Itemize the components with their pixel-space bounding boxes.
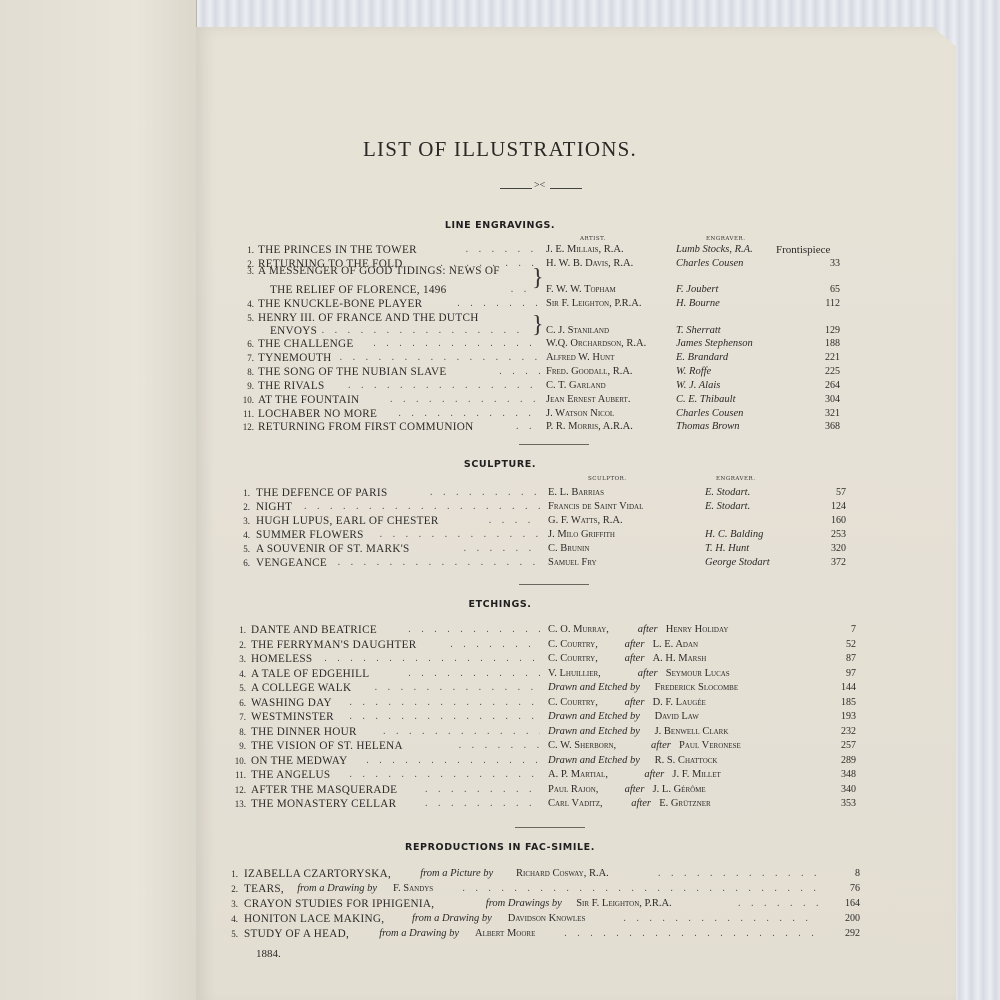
item-page: 7 (816, 623, 856, 637)
ornament-line-left (500, 188, 532, 189)
dot-leader: . . . . . . . . . . . . . . . . . . . . … (338, 556, 540, 570)
item-page: 8 (820, 867, 860, 881)
item-number: 3. (226, 652, 246, 666)
dot-leader: . . . . . . . . . . . . . . . . . . . . … (322, 324, 530, 338)
item-page: 225 (800, 365, 840, 379)
list-item: 12.AFTER THE MASQUERADE. . . . . . . . .… (0, 783, 1000, 797)
dot-leader: . . . . . . . . . . . . . . . . . . . . … (408, 667, 540, 681)
list-item: 5.A COLLEGE WALK. . . . . . . . . . . . … (0, 681, 1000, 695)
item-artist: J. L. Gérôme (653, 783, 706, 797)
item-etcher: C. Courtry, (548, 696, 598, 710)
item-artist: Fred. Goodall, R.A. (546, 365, 633, 379)
item-artist: R. S. Chattock (655, 754, 718, 768)
item-artist: Davidson Knowles (508, 912, 586, 926)
item-number: 1. (218, 867, 238, 881)
item-engraver: George Stodart (705, 556, 770, 570)
item-etcher: A. P. Martial, (548, 768, 608, 782)
dot-leader: . . . . . . . . . . . . . . . . . . . . … (366, 754, 540, 768)
dot-leader: . . . . . . . . . . . . . . . . . . . . … (349, 768, 540, 782)
item-page: Frontispiece (776, 243, 830, 257)
item-number: 1. (230, 486, 250, 500)
item-page: 353 (816, 797, 856, 811)
list-item: 1.IZABELLA CZARTORYSKA,from a Picture by… (0, 867, 1000, 881)
item-title: STUDY OF A HEAD, (244, 927, 349, 941)
item-number: 13. (226, 797, 246, 811)
item-number: 3. (218, 897, 238, 911)
item-artist: David Law (655, 710, 699, 724)
item-artist: D. F. Laugée (653, 696, 706, 710)
item-number: 4. (226, 667, 246, 681)
page-title: LIST OF ILLUSTRATIONS. (0, 137, 1000, 162)
item-title: TEARS, (244, 882, 284, 896)
item-title: THE MONASTERY CELLAR (251, 797, 396, 811)
list-item: 13.THE MONASTERY CELLAR. . . . . . . . .… (0, 797, 1000, 811)
item-sculptor: C. Brunin (548, 542, 589, 556)
item-artist: J. E. Millais, R.A. (546, 243, 624, 257)
item-artist: F. Sandys (393, 882, 433, 896)
item-number: 4. (218, 912, 238, 926)
dot-leader: . . . . . . . . . . . . . . . . . . . . … (425, 797, 540, 811)
item-credit-prefix: Drawn and Etched by (548, 681, 640, 695)
list-item: 3.A MESSENGER OF GOOD TIDINGS: NEWS OF} (0, 264, 1000, 278)
item-page: 144 (816, 681, 856, 695)
item-title: NIGHT (256, 500, 292, 514)
list-item: 1.THE DEFENCE OF PARIS. . . . . . . . . … (0, 486, 1000, 500)
item-etcher: C. Courtry, (548, 652, 598, 666)
item-after: after (638, 623, 658, 637)
ornament-cross-icon: >< (534, 180, 545, 191)
list-item: 5.STUDY OF A HEAD,from a Drawing byAlber… (0, 927, 1000, 941)
list-item: 4.HONITON LACE MAKING,from a Drawing byD… (0, 912, 1000, 926)
list-item: 2.TEARS,from a Drawing byF. Sandys. . . … (0, 882, 1000, 896)
item-number: 12. (226, 783, 246, 797)
item-title: ON THE MEDWAY (251, 754, 348, 768)
item-page: 232 (816, 725, 856, 739)
list-item: 9.THE VISION OF ST. HELENA. . . . . . . … (0, 739, 1000, 753)
item-title: HOMELESS (251, 652, 312, 666)
list-item: 5.A SOUVENIR OF ST. MARK'S. . . . . . . … (0, 542, 1000, 556)
item-etcher: C. O. Murray, (548, 623, 609, 637)
item-title: DANTE AND BEATRICE (251, 623, 377, 637)
item-artist: C. J. Staniland (546, 324, 609, 338)
item-etcher: C. W. Sherborn, (548, 739, 616, 753)
column-heading-sculptor: SCULPTOR. (588, 476, 627, 482)
list-item: 12.RETURNING FROM FIRST COMMUNION. . . .… (0, 420, 1000, 434)
item-title: THE DINNER HOUR (251, 725, 357, 739)
item-title: A SOUVENIR OF ST. MARK'S (256, 542, 410, 556)
list-item: 7.WESTMINSTER. . . . . . . . . . . . . .… (0, 710, 1000, 724)
item-artist: Paul Veronese (679, 739, 741, 753)
item-title: HENRY III. OF FRANCE AND THE DUTCH (258, 311, 479, 325)
item-engraver: James Stephenson (676, 337, 753, 351)
item-number: 6. (234, 337, 254, 351)
dot-leader: . . . . . . . . . . . . . . . . . . . . … (375, 681, 540, 695)
item-number: 3. (230, 514, 250, 528)
item-credit-prefix: Drawn and Etched by (548, 710, 640, 724)
ornament-line-right (550, 188, 582, 189)
item-number: 11. (226, 768, 246, 782)
item-via: from a Drawing by (297, 882, 377, 896)
list-item: 1.THE PRINCES IN THE TOWER. . . . . . . … (0, 243, 1000, 257)
dot-leader: . . . . . . . . . . . . . . . . . . . . … (516, 420, 540, 434)
item-title: A MESSENGER OF GOOD TIDINGS: NEWS OF (258, 264, 500, 278)
item-number: 8. (226, 725, 246, 739)
item-via: from a Drawing by (379, 927, 459, 941)
dot-leader: . . . . . . . . . . . . . . . . . . . . … (380, 528, 540, 542)
list-item: 5.HENRY III. OF FRANCE AND THE DUTCH} (0, 311, 1000, 325)
section-heading-line-engravings: LINE ENGRAVINGS. (0, 220, 1000, 231)
list-item: ENVOYS. . . . . . . . . . . . . . . . . … (0, 324, 1000, 338)
item-page: 97 (816, 667, 856, 681)
list-item: 6.VENGEANCE. . . . . . . . . . . . . . .… (0, 556, 1000, 570)
item-number: 10. (234, 393, 254, 407)
item-engraver: E. Brandard (676, 351, 728, 365)
list-item: 11.THE ANGELUS. . . . . . . . . . . . . … (0, 768, 1000, 782)
item-engraver: T. Sherratt (676, 324, 721, 338)
list-item: 10.AT THE FOUNTAIN. . . . . . . . . . . … (0, 393, 1000, 407)
item-page: 289 (816, 754, 856, 768)
item-number: 2. (218, 882, 238, 896)
item-number: 3. (234, 264, 254, 278)
item-page: 52 (816, 638, 856, 652)
item-page: 253 (806, 528, 846, 542)
item-engraver: Lumb Stocks, R.A. (676, 243, 753, 257)
item-page: 348 (816, 768, 856, 782)
dot-leader: . . . . . . . . . . . . . . . . . . . . … (398, 407, 540, 421)
publication-year: 1884. (256, 948, 281, 960)
item-artist: J. Watson Nicol (546, 407, 614, 421)
dot-leader: . . . . . . . . . . . . . . . . . . . . … (304, 500, 540, 514)
item-page: 372 (806, 556, 846, 570)
section-heading-facsimile: REPRODUCTIONS IN FAC-SIMILE. (0, 842, 1000, 853)
item-artist: P. R. Morris, A.R.A. (546, 420, 633, 434)
item-page: 320 (806, 542, 846, 556)
list-item: 11.LOCHABER NO MORE. . . . . . . . . . .… (0, 407, 1000, 421)
item-etcher: Carl Vaditz, (548, 797, 603, 811)
item-artist: Seymour Lucas (666, 667, 730, 681)
item-page: 188 (800, 337, 840, 351)
dot-leader: . . . . . . . . . . . . . . . . . . . . … (390, 393, 540, 407)
item-title: WASHING DAY (251, 696, 332, 710)
item-artist: Sir F. Leighton, P.R.A. (546, 297, 642, 311)
list-item: 2.NIGHT. . . . . . . . . . . . . . . . .… (0, 500, 1000, 514)
item-via: from a Drawing by (412, 912, 492, 926)
dot-leader: . . . . . . . . . . . . . . . . . . . . … (408, 623, 540, 637)
item-number: 4. (234, 297, 254, 311)
item-credit-prefix: Drawn and Etched by (548, 725, 640, 739)
item-after: after (644, 768, 664, 782)
item-title: THE KNUCKLE-BONE PLAYER (258, 297, 422, 311)
item-page: 304 (800, 393, 840, 407)
item-title: A COLLEGE WALK (251, 681, 351, 695)
column-heading-artist: ARTIST. (580, 236, 606, 242)
item-title: WESTMINSTER (251, 710, 334, 724)
item-sculptor: Francis de Saint Vidal (548, 500, 643, 514)
dot-leader: . . . . . . . . . . . . . . . . . . . . … (462, 882, 818, 896)
item-etcher: V. Lhuillier, (548, 667, 601, 681)
item-number: 4. (230, 528, 250, 542)
dot-leader: . . . . . . . . . . . . . . . . . . . . … (383, 725, 540, 739)
dot-leader: . . . . . . . . . . . . . . . . . . . . … (324, 652, 540, 666)
item-number: 7. (226, 710, 246, 724)
item-number: 9. (234, 379, 254, 393)
item-page: 57 (806, 486, 846, 500)
item-page: 129 (800, 324, 840, 338)
item-title: VENGEANCE (256, 556, 327, 570)
dot-leader: . . . . . . . . . . . . . . . . . . . . … (658, 867, 818, 881)
item-artist: Albert Moore (475, 927, 535, 941)
item-title: HUGH LUPUS, EARL OF CHESTER (256, 514, 439, 528)
list-item: 2.THE FERRYMAN'S DAUGHTER. . . . . . . .… (0, 638, 1000, 652)
item-engraver: H. Bourne (676, 297, 720, 311)
item-title: HONITON LACE MAKING, (244, 912, 384, 926)
item-title: SUMMER FLOWERS (256, 528, 364, 542)
item-engraver: E. Stodart. (705, 500, 750, 514)
dot-leader: . . . . . . . . . . . . . . . . . . . . … (499, 365, 540, 379)
item-title-continued: THE RELIEF OF FLORENCE, 1496 (270, 283, 447, 297)
item-sculptor: J. Milo Griffith (548, 528, 615, 542)
list-item: 8.THE SONG OF THE NUBIAN SLAVE. . . . . … (0, 365, 1000, 379)
item-page: 368 (800, 420, 840, 434)
list-item: 10.ON THE MEDWAY. . . . . . . . . . . . … (0, 754, 1000, 768)
list-item: 4.SUMMER FLOWERS. . . . . . . . . . . . … (0, 528, 1000, 542)
item-title: THE FERRYMAN'S DAUGHTER (251, 638, 417, 652)
dot-leader: . . . . . . . . . . . . . . . . . . . . … (349, 710, 540, 724)
item-number: 1. (234, 243, 254, 257)
item-number: 9. (226, 739, 246, 753)
list-item: 6.WASHING DAY. . . . . . . . . . . . . .… (0, 696, 1000, 710)
dot-leader: . . . . . . . . . . . . . . . . . . . . … (349, 696, 540, 710)
item-artist: Richard Cosway, R.A. (516, 867, 609, 881)
item-after: after (651, 739, 671, 753)
list-item: 3.CRAYON STUDIES FOR IPHIGENIA,from Draw… (0, 897, 1000, 911)
item-artist: Frederick Slocombe (655, 681, 739, 695)
list-item: THE RELIEF OF FLORENCE, 1496. . . . . . … (0, 283, 1000, 297)
item-engraver: Thomas Brown (676, 420, 740, 434)
item-after: after (625, 696, 645, 710)
list-item: 8.THE DINNER HOUR. . . . . . . . . . . .… (0, 725, 1000, 739)
item-artist: Sir F. Leighton, P.R.A. (576, 897, 672, 911)
dot-leader: . . . . . . . . . . . . . . . . . . . . … (466, 243, 540, 257)
item-title: THE SONG OF THE NUBIAN SLAVE (258, 365, 447, 379)
item-page: 112 (800, 297, 840, 311)
item-number: 11. (234, 407, 254, 421)
dot-leader: . . . . . . . . . . . . . . . . . . . . … (623, 912, 818, 926)
dot-leader: . . . . . . . . . . . . . . . . . . . . … (450, 638, 540, 652)
item-number: 1. (226, 623, 246, 637)
dot-leader: . . . . . . . . . . . . . . . . . . . . … (430, 486, 540, 500)
dot-leader: . . . . . . . . . . . . . . . . . . . . … (489, 514, 540, 528)
dot-leader: . . . . . . . . . . . . . . . . . . . . … (564, 927, 818, 941)
item-number: 6. (230, 556, 250, 570)
item-number: 2. (226, 638, 246, 652)
item-artist: Alfred W. Hunt (546, 351, 614, 365)
item-title: AT THE FOUNTAIN (258, 393, 359, 407)
item-number: 7. (234, 351, 254, 365)
column-heading-engraver: ENGRAVER. (706, 236, 745, 242)
item-artist: W.Q. Orchardson, R.A. (546, 337, 646, 351)
item-title: LOCHABER NO MORE (258, 407, 377, 421)
item-via: from a Picture by (420, 867, 493, 881)
item-page: 321 (800, 407, 840, 421)
section-heading-sculpture: SCULPTURE. (0, 459, 1000, 470)
item-page: 200 (820, 912, 860, 926)
item-page: 76 (820, 882, 860, 896)
dot-leader: . . . . . . . . . . . . . . . . . . . . … (457, 297, 540, 311)
item-page: 185 (816, 696, 856, 710)
item-engraver: E. Stodart. (705, 486, 750, 500)
item-page: 124 (806, 500, 846, 514)
item-number: 6. (226, 696, 246, 710)
item-number: 2. (230, 500, 250, 514)
dot-leader: . . . . . . . . . . . . . . . . . . . . … (340, 351, 540, 365)
item-after: after (625, 783, 645, 797)
item-number: 5. (234, 311, 254, 325)
dot-leader: . . . . . . . . . . . . . . . . . . . . … (425, 783, 540, 797)
item-title: THE RIVALS (258, 379, 325, 393)
item-etcher: C. Courtry, (548, 638, 598, 652)
item-etcher: Paul Rajon, (548, 783, 598, 797)
item-credit-prefix: Drawn and Etched by (548, 754, 640, 768)
item-artist: F. W. W. Topham (546, 283, 616, 297)
item-artist: Jean Ernest Aubert. (546, 393, 630, 407)
dot-leader: . . . . . . . . . . . . . . . . . . . . … (373, 337, 540, 351)
item-page: 193 (816, 710, 856, 724)
dot-leader: . . . . . . . . . . . . . . . . . . . . … (459, 739, 540, 753)
list-item: 9.THE RIVALS. . . . . . . . . . . . . . … (0, 379, 1000, 393)
item-artist: Henry Holiday (666, 623, 729, 637)
section-divider (519, 444, 589, 445)
list-item: 7.TYNEMOUTH. . . . . . . . . . . . . . .… (0, 351, 1000, 365)
item-number: 8. (234, 365, 254, 379)
list-item: 3.HUGH LUPUS, EARL OF CHESTER. . . . . .… (0, 514, 1000, 528)
item-sculptor: E. L. Barrias (548, 486, 604, 500)
item-title: THE VISION OF ST. HELENA (251, 739, 403, 753)
item-artist: J. Benwell Clark (655, 725, 729, 739)
item-engraver: W. Roffe (676, 365, 711, 379)
column-heading-engraver: ENGRAVER. (716, 476, 755, 482)
list-item: 3.HOMELESS. . . . . . . . . . . . . . . … (0, 652, 1000, 666)
item-title: THE PRINCES IN THE TOWER (258, 243, 417, 257)
item-page: 65 (800, 283, 840, 297)
section-divider (519, 584, 589, 585)
list-item: 6.THE CHALLENGE. . . . . . . . . . . . .… (0, 337, 1000, 351)
item-number: 12. (234, 420, 254, 434)
item-artist: J. F. Millet (672, 768, 720, 782)
item-after: after (625, 652, 645, 666)
dot-leader: . . . . . . . . . . . . . . . . . . . . … (348, 379, 540, 393)
item-number: 5. (218, 927, 238, 941)
item-title: CRAYON STUDIES FOR IPHIGENIA, (244, 897, 434, 911)
list-item: 4.THE KNUCKLE-BONE PLAYER. . . . . . . .… (0, 297, 1000, 311)
item-sculptor: Samuel Fry (548, 556, 597, 570)
title-ornament: >< (500, 186, 582, 192)
dot-leader: . . . . . . . . . . . . . . . . . . . . … (464, 542, 540, 556)
item-artist: E. Grützner (659, 797, 711, 811)
item-engraver: W. J. Alais (676, 379, 720, 393)
item-page: 264 (800, 379, 840, 393)
item-sculptor: G. F. Watts, R.A. (548, 514, 623, 528)
item-artist: L. E. Adan (653, 638, 699, 652)
item-page: 221 (800, 351, 840, 365)
item-title: THE ANGELUS (251, 768, 330, 782)
item-via: from Drawings by (486, 897, 562, 911)
item-title: A TALE OF EDGEHILL (251, 667, 369, 681)
item-page: 164 (820, 897, 860, 911)
item-number: 5. (226, 681, 246, 695)
item-title: TYNEMOUTH (258, 351, 332, 365)
item-after: after (638, 667, 658, 681)
list-item: 1.DANTE AND BEATRICE. . . . . . . . . . … (0, 623, 1000, 637)
item-title: IZABELLA CZARTORYSKA, (244, 867, 391, 881)
item-page: 160 (806, 514, 846, 528)
item-engraver: T. H. Hunt (705, 542, 749, 556)
item-page: 87 (816, 652, 856, 666)
item-title: THE CHALLENGE (258, 337, 354, 351)
item-page: 340 (816, 783, 856, 797)
item-title: RETURNING FROM FIRST COMMUNION (258, 420, 473, 434)
item-artist: C. T. Garland (546, 379, 606, 393)
item-title: AFTER THE MASQUERADE (251, 783, 397, 797)
item-engraver: C. E. Thibault (676, 393, 736, 407)
item-number: 10. (226, 754, 246, 768)
item-page: 292 (820, 927, 860, 941)
item-engraver: Charles Cousen (676, 407, 743, 421)
item-after: after (631, 797, 651, 811)
item-engraver: H. C. Balding (705, 528, 763, 542)
dot-leader: . . . . . . . . . . . . . . . . . . . . … (511, 283, 530, 297)
item-title: THE DEFENCE OF PARIS (256, 486, 387, 500)
item-after: after (625, 638, 645, 652)
item-engraver: F. Joubert (676, 283, 718, 297)
list-item: 4.A TALE OF EDGEHILL. . . . . . . . . . … (0, 667, 1000, 681)
section-divider (515, 827, 585, 828)
dot-leader: . . . . . . . . . . . . . . . . . . . . … (738, 897, 818, 911)
item-page: 257 (816, 739, 856, 753)
item-title-continued: ENVOYS (270, 324, 317, 338)
item-artist: A. H. Marsh (653, 652, 707, 666)
section-heading-etchings: ETCHINGS. (0, 599, 1000, 610)
item-number: 5. (230, 542, 250, 556)
